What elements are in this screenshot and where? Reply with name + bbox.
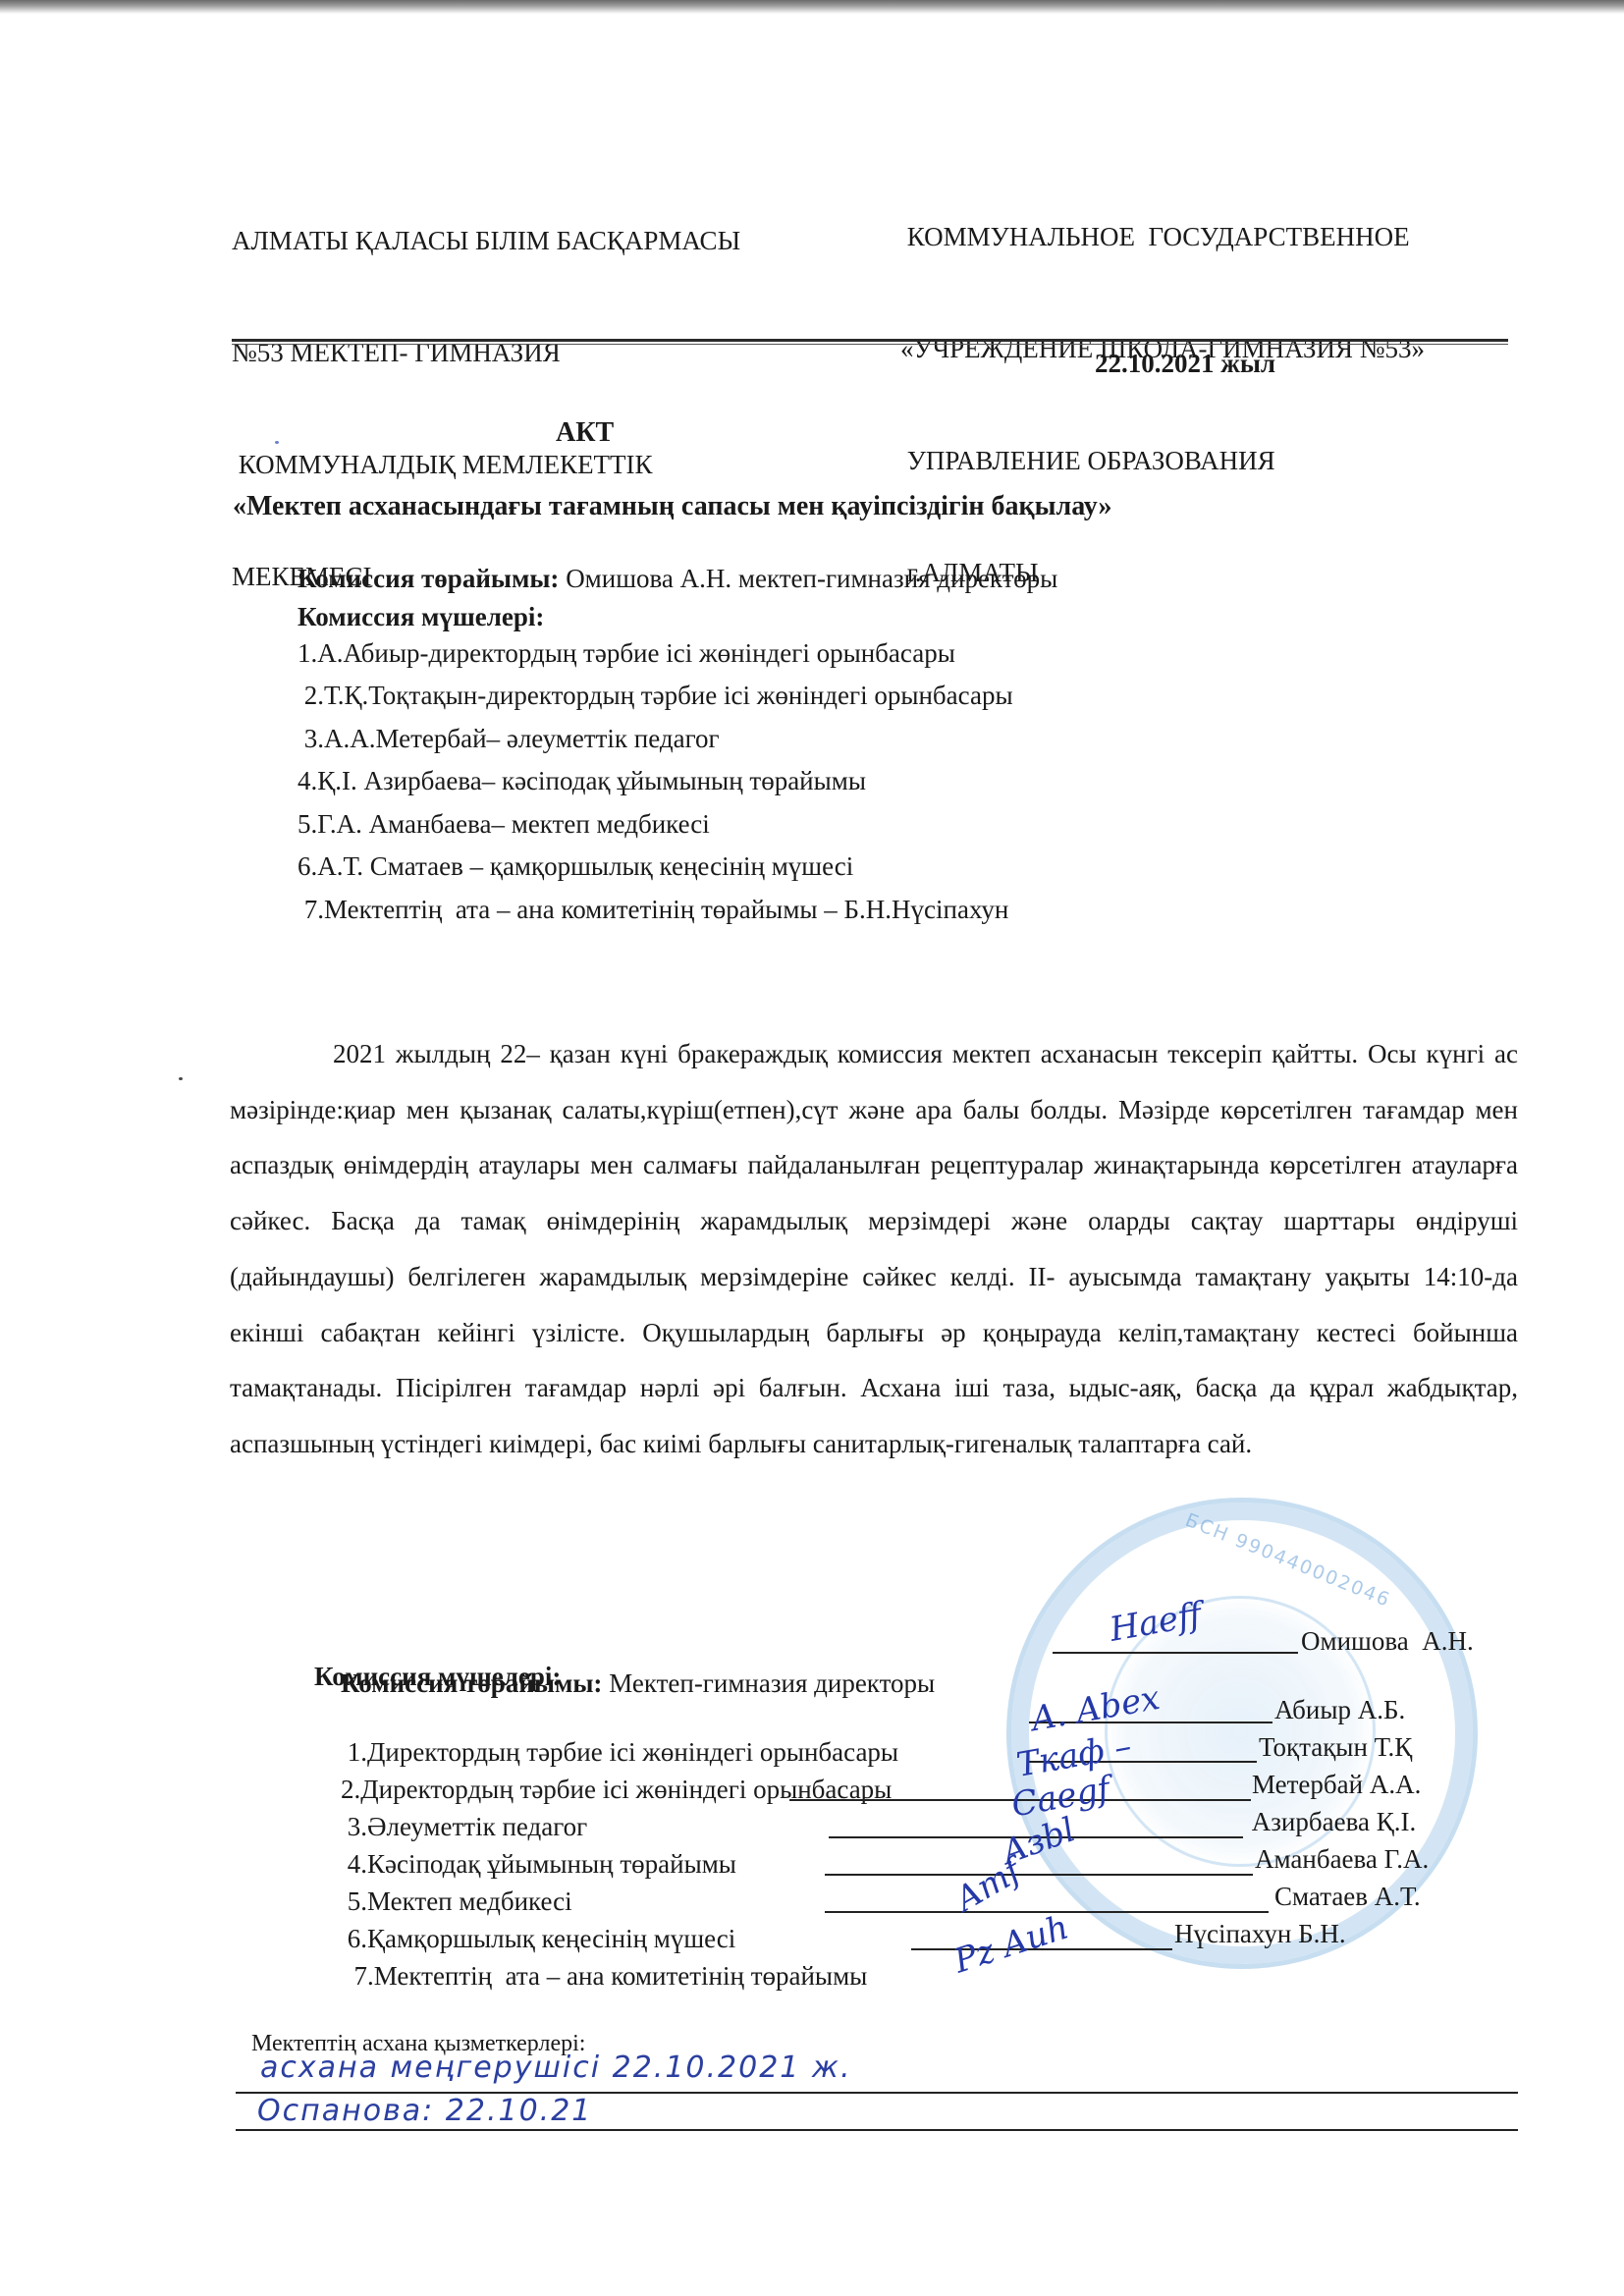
scan-edge-shadow [0, 0, 1624, 14]
header-right-line: УПРАВЛЕНИЕ ОБРАЗОВАНИЯ [900, 442, 1425, 479]
commission-chair-label: Комиссия төрайымы: [298, 564, 559, 593]
signature-chair-name: Омишова А.Н. [1301, 1620, 1474, 1663]
scan-speck [179, 1077, 183, 1080]
document-subtitle: «Мектеп асханасындағы тағамның сапасы ме… [233, 491, 1112, 522]
commission-list: Комиссия төрайымы: Омишова А.Н. мектеп-г… [298, 558, 1057, 931]
header-left-line: АЛМАТЫ ҚАЛАСЫ БІЛІМ БАСҚАРМАСЫ [232, 222, 740, 259]
signature-name: Метербай А.А. [1252, 1764, 1421, 1806]
inspection-paragraph: 2021 жылдың 22– қазан күні бракераждық к… [230, 1026, 1518, 1472]
commission-member: 6.А.Т. Сматаев – қамқоршылық кеңесінің м… [298, 846, 1057, 889]
signature-role: 7.Мектептің ата – ана комитетінің төрайы… [341, 1961, 867, 1991]
commission-member: 5.Г.А. Аманбаева– мектеп медбикесі [298, 803, 1057, 847]
commission-member: 1.А.Абиыр-директордың тәрбие ісі жөнінде… [298, 632, 1057, 676]
stamp-bin-text: БСН 990440002046 [1182, 1509, 1394, 1612]
commission-member: 7.Мектептің ата – ана комитетінің төрайы… [298, 889, 1057, 932]
signature-row: 1.Директордың тәрбие ісі жөніндегі орынб… [314, 1689, 935, 1726]
handwritten-staff-entry: асхана меңгерушісі 22.10.2021 ж. [260, 2050, 852, 2085]
signature-name: Тоқтақын Т.Қ [1259, 1726, 1412, 1769]
signature-row: 3.Әлеуметтік педагог Метербай А.А. [314, 1764, 935, 1801]
document-title: АКТ [556, 417, 614, 449]
signature-row: 5.Мектеп медбикесі Аманбаева Г.А. [314, 1838, 935, 1876]
signature-name: Абиыр А.Б. [1274, 1689, 1405, 1731]
signature-name: Нүсіпахун Б.Н. [1174, 1913, 1346, 1955]
handwritten-staff-entry: Оспанова: 22.10.21 [257, 2094, 592, 2128]
scan-speck [275, 441, 279, 444]
signature-row: 6.Қамқоршылық кеңесінің мүшесі Сматаев А… [314, 1876, 935, 1913]
staff-signature-line [236, 2129, 1518, 2131]
signature-name: Сматаев А.Т. [1274, 1876, 1421, 1918]
commission-members-label: Комиссия мүшелері: [298, 601, 1057, 632]
signature-line [1053, 1652, 1298, 1654]
signature-members-label: Комиссия мүшелері: [314, 1656, 935, 1689]
commission-member: 2.Т.Қ.Тоқтақын-директордың тәрбие ісі жө… [298, 675, 1057, 718]
inspection-body: 2021 жылдың 22– қазан күні бракераждық к… [230, 1026, 1518, 1472]
commission-member: 4.Қ.І. Азирбаева– кәсіподақ ұйымының төр… [298, 760, 1057, 803]
commission-chair-value: Омишова А.Н. мектеп-гимназия директоры [559, 564, 1057, 593]
signature-row: 7.Мектептің ата – ана комитетінің төрайы… [314, 1913, 935, 1950]
commission-member: 3.А.А.Метербай– әлеуметтік педагог [298, 718, 1057, 761]
signature-block: Комиссия төрайымы: Мектеп-гимназия дирек… [314, 1620, 935, 1950]
signature-row-chair: Комиссия төрайымы: Мектеп-гимназия дирек… [314, 1620, 935, 1656]
signature-name: Азирбаева Қ.І. [1245, 1801, 1416, 1843]
signature-name: Аманбаева Г.А. [1255, 1838, 1429, 1881]
document-date: 22.10.2021 жыл [1095, 349, 1275, 379]
header-left-line: КОММУНАЛДЫҚ МЕМЛЕКЕТТІК [232, 446, 740, 483]
commission-chair: Комиссия төрайымы: Омишова А.Н. мектеп-г… [298, 558, 1057, 601]
header-right-russian: КОММУНАЛЬНОЕ ГОСУДАРСТВЕННОЕ «УЧРЕЖДЕНИЕ… [900, 143, 1425, 629]
signature-row: 4.Кәсіподақ ұйымының төрайымы Азирбаева … [314, 1801, 935, 1838]
header-divider [232, 339, 1508, 345]
header-right-line: КОММУНАЛЬНОЕ ГОСУДАРСТВЕННОЕ [900, 218, 1425, 255]
signature-row: 2.Директордың тәрбие ісі жөніндегі орынб… [314, 1726, 935, 1764]
